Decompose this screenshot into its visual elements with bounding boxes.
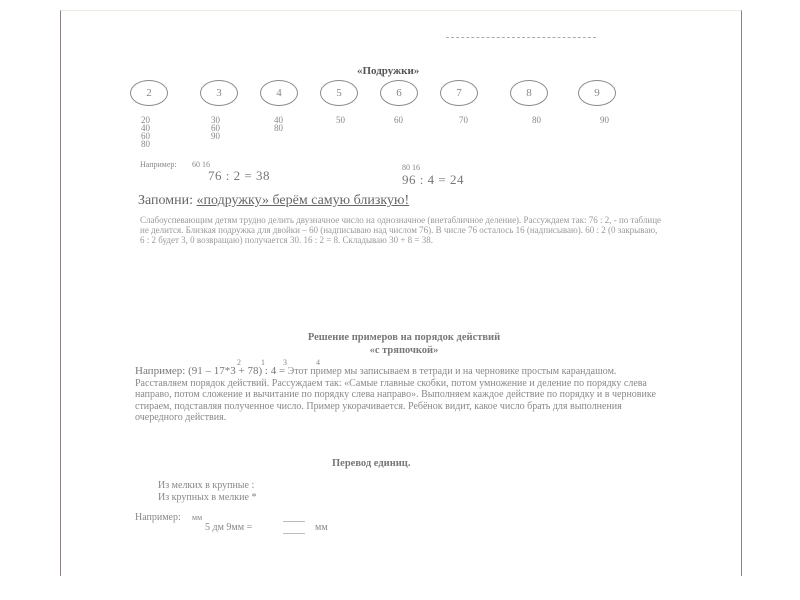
divisor-circle: 8	[510, 80, 548, 106]
remember-rule: Запомни: «подружку» берём самую близкую!	[138, 193, 409, 209]
divisor-circle: 6	[380, 80, 418, 106]
section-subtitle-order: «с тряпочкой»	[254, 345, 554, 356]
multiple-value: 70	[459, 116, 468, 124]
multiples-column: 4080	[274, 116, 283, 132]
example2-equation: 96 : 4 = 24	[402, 172, 464, 188]
example-label: Например:	[140, 160, 177, 169]
division-explanation: Слабоуспевающим детям трудно делить двуз…	[140, 215, 662, 245]
example2-note: 80 16	[402, 163, 420, 172]
answer-blank	[283, 521, 305, 534]
divisor-circle: 2	[130, 80, 168, 106]
multiples-column: 50	[336, 116, 345, 124]
multiples-column: 80	[532, 116, 541, 124]
divisor-circle: 5	[320, 80, 358, 106]
section-title-units: Перевод единиц.	[332, 458, 410, 469]
units-example: 5 дм 9мм =	[205, 522, 252, 534]
multiples-column: 306090	[211, 116, 220, 140]
section-title-podruzhki: «Подружки»	[357, 65, 419, 77]
divisor-circle: 7	[440, 80, 478, 106]
multiples-column: 60	[394, 116, 403, 124]
scan-artifact-line	[446, 37, 596, 39]
multiple-value: 90	[600, 116, 609, 124]
units-example-label: Например:	[135, 512, 181, 524]
units-example-unit: мм	[315, 522, 328, 534]
multiples-column: 90	[600, 116, 609, 124]
section-title-order: Решение примеров на порядок действий	[254, 332, 554, 343]
multiples-column: 20406080	[141, 116, 150, 148]
divisor-circle: 4	[260, 80, 298, 106]
multiples-column: 70	[459, 116, 468, 124]
multiple-value: 90	[211, 132, 220, 140]
remember-label: Запомни:	[138, 193, 193, 208]
units-line-large-to-small: Из крупных в мелкие *	[158, 492, 256, 504]
order-example: Например: (91 – 17*3 + 78) : 4 =	[135, 365, 285, 377]
units-line-small-to-large: Из мелких в крупные :	[158, 480, 254, 492]
multiple-value: 80	[532, 116, 541, 124]
multiple-value: 80	[274, 124, 283, 132]
multiple-value: 50	[336, 116, 345, 124]
example1-equation: 76 : 2 = 38	[208, 168, 270, 184]
units-example-note: мм	[192, 513, 202, 522]
remember-text: «подружку» берём самую близкую!	[197, 193, 410, 208]
divisor-circle: 9	[578, 80, 616, 106]
multiple-value: 60	[394, 116, 403, 124]
multiple-value: 80	[141, 140, 150, 148]
order-explanation: Например: (91 – 17*3 + 78) : 4 = Этот пр…	[135, 366, 665, 424]
divisor-circle: 3	[200, 80, 238, 106]
